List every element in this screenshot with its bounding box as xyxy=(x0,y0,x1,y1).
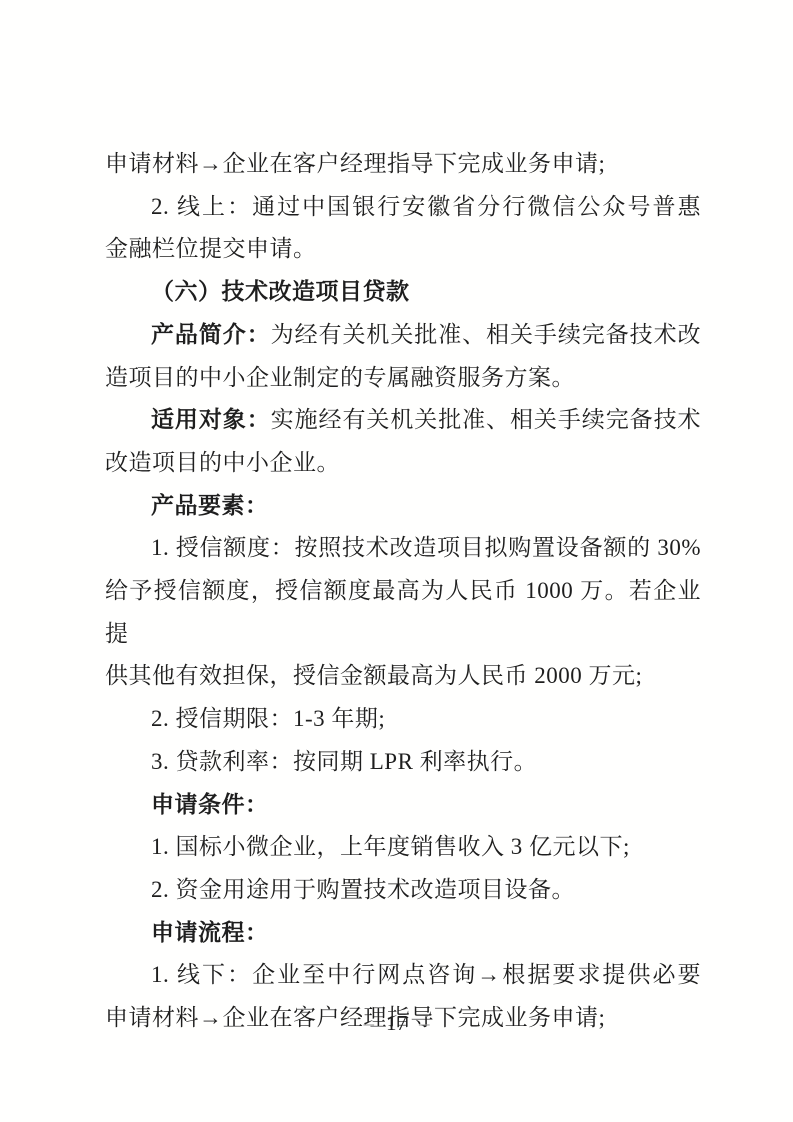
document-page: 申请材料→企业在客户经理指导下完成业务申请; 2. 线上：通过中国银行安徽省分行… xyxy=(0,0,793,1122)
paragraph-line: 适用对象：实施经有关机关批准、相关手续完备技术 xyxy=(105,399,701,442)
paragraph-line: 1. 授信额度：按照技术改造项目拟购置设备额的 30% xyxy=(105,527,701,570)
section-heading: （六）技术改造项目贷款 xyxy=(105,271,701,314)
paragraph-line: 造项目的中小企业制定的专属融资服务方案。 xyxy=(105,357,701,400)
paragraph-line: 金融栏位提交申请。 xyxy=(105,228,701,271)
paragraph-line: 供其他有效担保，授信金额最高为人民币 2000 万元; xyxy=(105,655,701,698)
paragraph-line: 2. 资金用途用于购置技术改造项目设备。 xyxy=(105,869,701,912)
paragraph-line: 2. 授信期限：1-3 年期; xyxy=(105,698,701,741)
paragraph-text: 实施经有关机关批准、相关手续完备技术 xyxy=(271,407,701,432)
field-label: 申请流程： xyxy=(105,912,701,955)
field-label: 产品简介： xyxy=(151,322,271,347)
field-label: 产品要素： xyxy=(105,485,701,528)
field-label: 申请条件： xyxy=(105,784,701,827)
footer-dash-right: – xyxy=(419,1011,430,1035)
paragraph-line: 1. 国标小微企业，上年度销售收入 3 亿元以下; xyxy=(105,826,701,869)
paragraph-line: 申请材料→企业在客户经理指导下完成业务申请; xyxy=(105,143,701,186)
paragraph-text: 为经有关机关批准、相关手续完备技术改 xyxy=(271,322,701,347)
paragraph-line: 1. 线下：企业至中行网点咨询→根据要求提供必要 xyxy=(105,954,701,997)
page-number: 17 xyxy=(386,1011,407,1035)
paragraph-line: 改造项目的中小企业。 xyxy=(105,442,701,485)
document-body: 申请材料→企业在客户经理指导下完成业务申请; 2. 线上：通过中国银行安徽省分行… xyxy=(105,143,701,1040)
paragraph-line: 3. 贷款利率：按同期 LPR 利率执行。 xyxy=(105,741,701,784)
page-footer: –17– xyxy=(0,1008,793,1038)
paragraph-line: 2. 线上：通过中国银行安徽省分行微信公众号普惠 xyxy=(105,186,701,229)
field-label: 适用对象： xyxy=(151,407,271,432)
footer-dash-left: – xyxy=(364,1011,375,1035)
paragraph-line: 产品简介：为经有关机关批准、相关手续完备技术改 xyxy=(105,314,701,357)
paragraph-line: 给予授信额度，授信额度最高为人民币 1000 万。若企业提 xyxy=(105,570,701,655)
